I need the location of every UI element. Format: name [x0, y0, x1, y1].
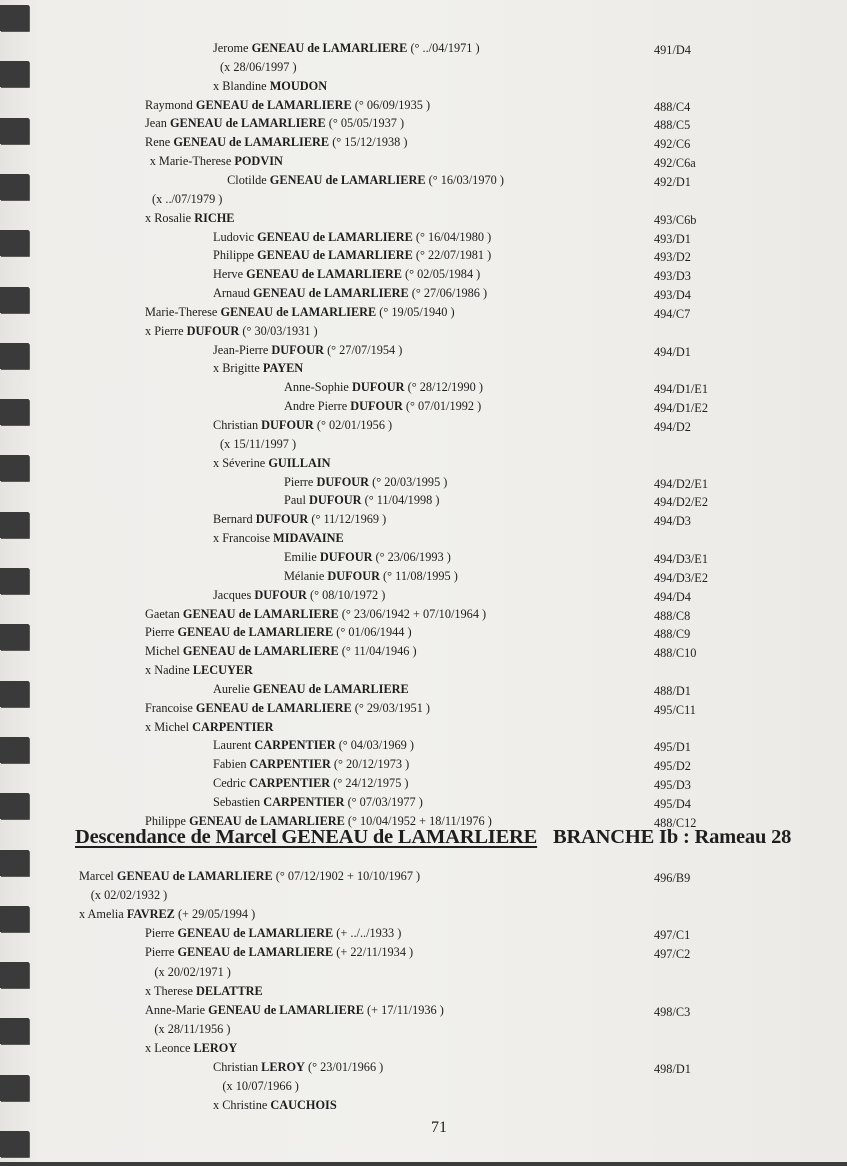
reference-code: 494/D2 — [654, 420, 691, 434]
surname: GENEAU de LAMARLIERE — [253, 682, 409, 696]
dates: (° 08/10/1972 ) — [307, 588, 385, 602]
given-name: x Brigitte — [213, 361, 263, 375]
list-item: x Marie-Therese PODVIN — [150, 154, 283, 168]
dates: (° 04/03/1969 ) — [336, 738, 414, 752]
list-item: x Séverine GUILLAIN — [213, 456, 331, 470]
given-name: Francoise — [145, 701, 196, 715]
dates: (° 29/03/1951 ) — [352, 701, 430, 715]
binding-hole — [0, 5, 29, 31]
dates: (° 27/07/1954 ) — [324, 343, 402, 357]
given-name: x Marie-Therese — [150, 154, 235, 168]
surname: GENEAU de LAMARLIERE — [177, 945, 333, 959]
given-name: Paul — [284, 493, 309, 507]
given-name: Pierre — [145, 926, 177, 940]
given-name: Laurent — [213, 738, 254, 752]
given-name: x Leonce — [145, 1041, 193, 1055]
dates: (° 07/03/1977 ) — [345, 795, 423, 809]
reference-code: 498/C3 — [654, 1005, 690, 1019]
list-item: x Rosalie RICHE — [145, 211, 235, 225]
list-item: Paul DUFOUR (° 11/04/1998 ) — [284, 493, 439, 507]
given-name: Jacques — [213, 588, 254, 602]
given-name: Christian — [213, 1060, 261, 1074]
dates: (+ ../../1933 ) — [333, 926, 401, 940]
list-item: (x 02/02/1932 ) — [91, 888, 168, 902]
dates: (° 22/07/1981 ) — [413, 248, 491, 262]
reference-code: 493/D1 — [654, 232, 691, 246]
spiral-binding — [0, 0, 32, 1166]
surname: CARPENTIER — [192, 720, 273, 734]
dates: (° 23/01/1966 ) — [305, 1060, 383, 1074]
binding-hole — [0, 174, 29, 200]
dates: (° 16/04/1980 ) — [413, 230, 491, 244]
list-item: Marcel GENEAU de LAMARLIERE (° 07/12/190… — [79, 869, 420, 883]
dates: (x 15/11/1997 ) — [220, 437, 296, 451]
given-name: Fabien — [213, 757, 250, 771]
surname: GENEAU de LAMARLIERE — [117, 869, 273, 883]
binding-hole — [0, 287, 29, 313]
surname: PODVIN — [234, 154, 283, 168]
section-heading: Descendance de Marcel GENEAU de LAMARLIE… — [75, 826, 537, 849]
surname: PAYEN — [263, 361, 303, 375]
binding-hole — [0, 1075, 29, 1101]
surname: GENEAU de LAMARLIERE — [183, 644, 339, 658]
list-item: Christian LEROY (° 23/01/1966 ) — [213, 1060, 383, 1074]
given-name: Anne-Sophie — [284, 380, 352, 394]
given-name: x Amelia — [79, 907, 127, 921]
dates: (x ../07/1979 ) — [152, 192, 222, 206]
given-name: Christian — [213, 418, 261, 432]
given-name: Cedric — [213, 776, 249, 790]
dates: (° 24/12/1975 ) — [330, 776, 408, 790]
given-name: Ludovic — [213, 230, 257, 244]
surname: DUFOUR — [350, 399, 403, 413]
list-item: Philippe GENEAU de LAMARLIERE (° 22/07/1… — [213, 248, 491, 262]
list-item: (x 10/07/1966 ) — [222, 1079, 299, 1093]
list-item: Jean-Pierre DUFOUR (° 27/07/1954 ) — [213, 343, 402, 357]
list-item: Cedric CARPENTIER (° 24/12/1975 ) — [213, 776, 409, 790]
surname: DUFOUR — [316, 475, 369, 489]
list-item: x Amelia FAVREZ (+ 29/05/1994 ) — [79, 907, 255, 921]
reference-code: 492/C6a — [654, 156, 696, 170]
surname: CAUCHOIS — [270, 1098, 336, 1112]
surname: CARPENTIER — [249, 776, 330, 790]
surname: DELATTRE — [196, 984, 263, 998]
surname: DUFOUR — [256, 512, 309, 526]
list-item: Pierre DUFOUR (° 20/03/1995 ) — [284, 475, 447, 489]
dates: (+ 29/05/1994 ) — [175, 907, 255, 921]
list-item: Jerome GENEAU de LAMARLIERE (° ../04/197… — [213, 41, 480, 55]
surname: DUFOUR — [352, 380, 405, 394]
surname: GENEAU de LAMARLIERE — [196, 98, 352, 112]
given-name: Jean — [145, 116, 170, 130]
reference-code: 494/D1 — [654, 345, 691, 359]
surname: GUILLAIN — [268, 456, 330, 470]
reference-code: 488/C5 — [654, 118, 690, 132]
binding-hole — [0, 399, 29, 425]
dates: (° 27/06/1986 ) — [409, 286, 487, 300]
reference-code: 488/D1 — [654, 684, 691, 698]
list-item: Francoise GENEAU de LAMARLIERE (° 29/03/… — [145, 701, 430, 715]
list-item: Marie-Therese GENEAU de LAMARLIERE (° 19… — [145, 305, 455, 319]
reference-code: 488/C8 — [654, 609, 690, 623]
surname: GENEAU de LAMARLIERE — [177, 625, 333, 639]
surname: DUFOUR — [309, 493, 362, 507]
binding-hole — [0, 962, 29, 988]
list-item: (x 28/06/1997 ) — [220, 60, 297, 74]
given-name: Arnaud — [213, 286, 253, 300]
dates: (x 28/06/1997 ) — [220, 60, 297, 74]
list-item: x Christine CAUCHOIS — [213, 1098, 337, 1112]
dates: (x 10/07/1966 ) — [222, 1079, 299, 1093]
dates: (° 11/04/1998 ) — [362, 493, 440, 507]
surname: DUFOUR — [271, 343, 324, 357]
dates: (x 20/02/1971 ) — [154, 965, 231, 979]
list-item: Rene GENEAU de LAMARLIERE (° 15/12/1938 … — [145, 135, 407, 149]
list-item: Laurent CARPENTIER (° 04/03/1969 ) — [213, 738, 414, 752]
reference-code: 488/C9 — [654, 627, 690, 641]
surname: GENEAU de LAMARLIERE — [208, 1003, 364, 1017]
surname: GENEAU de LAMARLIERE — [220, 305, 376, 319]
list-item: Arnaud GENEAU de LAMARLIERE (° 27/06/198… — [213, 286, 487, 300]
list-item: Christian DUFOUR (° 02/01/1956 ) — [213, 418, 392, 432]
surname: MOUDON — [270, 79, 327, 93]
given-name: Mélanie — [284, 569, 327, 583]
dates: (° 01/06/1944 ) — [333, 625, 411, 639]
binding-hole — [0, 61, 29, 87]
list-item: Ludovic GENEAU de LAMARLIERE (° 16/04/19… — [213, 230, 491, 244]
given-name: Rene — [145, 135, 173, 149]
reference-code: 494/D3/E2 — [654, 571, 708, 585]
list-item: x Michel CARPENTIER — [145, 720, 273, 734]
reference-code: 488/C10 — [654, 646, 696, 660]
surname: DUFOUR — [320, 550, 373, 564]
reference-code: 494/D1/E2 — [654, 401, 708, 415]
given-name: Anne-Marie — [145, 1003, 208, 1017]
given-name: Gaetan — [145, 607, 183, 621]
reference-code: 495/D2 — [654, 759, 691, 773]
reference-code: 495/D1 — [654, 740, 691, 754]
dates: (+ 22/11/1934 ) — [333, 945, 413, 959]
list-item: Anne-Sophie DUFOUR (° 28/12/1990 ) — [284, 380, 483, 394]
scanned-page: Jerome GENEAU de LAMARLIERE (° ../04/197… — [0, 0, 847, 1166]
surname: GENEAU de LAMARLIERE — [257, 230, 413, 244]
reference-code: 495/D3 — [654, 778, 691, 792]
given-name: Pierre — [284, 475, 316, 489]
list-item: (x 28/11/1956 ) — [154, 1022, 230, 1036]
list-item: Clotilde GENEAU de LAMARLIERE (° 16/03/1… — [227, 173, 504, 187]
given-name: x Michel — [145, 720, 192, 734]
reference-code: 492/D1 — [654, 175, 691, 189]
given-name: Aurelie — [213, 682, 253, 696]
surname: CARPENTIER — [263, 795, 344, 809]
binding-hole — [0, 230, 29, 256]
list-item: x Blandine MOUDON — [213, 79, 327, 93]
binding-hole — [0, 1018, 29, 1044]
list-item: Herve GENEAU de LAMARLIERE (° 02/05/1984… — [213, 267, 480, 281]
list-item: Emilie DUFOUR (° 23/06/1993 ) — [284, 550, 451, 564]
list-item: Pierre GENEAU de LAMARLIERE (+ 22/11/193… — [145, 945, 413, 959]
surname: GENEAU de LAMARLIERE — [183, 607, 339, 621]
given-name: Jerome — [213, 41, 252, 55]
reference-code: 494/D3 — [654, 514, 691, 528]
given-name: x Nadine — [145, 663, 193, 677]
given-name: Raymond — [145, 98, 196, 112]
reference-code: 491/D4 — [654, 43, 691, 57]
reference-code: 488/C4 — [654, 100, 690, 114]
surname: GENEAU de LAMARLIERE — [173, 135, 329, 149]
surname: GENEAU de LAMARLIERE — [252, 41, 408, 55]
dates: (° 20/03/1995 ) — [369, 475, 447, 489]
dates: (° 20/12/1973 ) — [331, 757, 409, 771]
given-name: Philippe — [213, 248, 257, 262]
surname: GENEAU de LAMARLIERE — [177, 926, 333, 940]
list-item: Pierre GENEAU de LAMARLIERE (+ ../../193… — [145, 926, 401, 940]
list-item: Gaetan GENEAU de LAMARLIERE (° 23/06/194… — [145, 607, 486, 621]
binding-hole — [0, 118, 29, 144]
dates: (° 11/08/1995 ) — [380, 569, 458, 583]
reference-code: 494/D2/E1 — [654, 477, 708, 491]
surname: DUFOUR — [187, 324, 240, 338]
list-item: Michel GENEAU de LAMARLIERE (° 11/04/194… — [145, 644, 417, 658]
list-item: Andre Pierre DUFOUR (° 07/01/1992 ) — [284, 399, 481, 413]
reference-code: 493/C6b — [654, 213, 696, 227]
given-name: x Christine — [213, 1098, 270, 1112]
dates: (° 07/12/1902 + 10/10/1967 ) — [273, 869, 420, 883]
reference-code: 496/B9 — [654, 871, 690, 885]
dates: (x 02/02/1932 ) — [91, 888, 168, 902]
given-name: Jean-Pierre — [213, 343, 271, 357]
dates: (° 11/12/1969 ) — [308, 512, 386, 526]
reference-code: 495/D4 — [654, 797, 691, 811]
surname: GENEAU de LAMARLIERE — [253, 286, 409, 300]
surname: GENEAU de LAMARLIERE — [246, 267, 402, 281]
binding-hole — [0, 737, 29, 763]
given-name: x Rosalie — [145, 211, 194, 225]
dates: (° 16/03/1970 ) — [426, 173, 504, 187]
surname: LEROY — [193, 1041, 237, 1055]
given-name: Pierre — [145, 625, 177, 639]
surname: DUFOUR — [327, 569, 380, 583]
list-item: Jacques DUFOUR (° 08/10/1972 ) — [213, 588, 385, 602]
dates: (° 23/06/1942 + 07/10/1964 ) — [339, 607, 486, 621]
surname: GENEAU de LAMARLIERE — [196, 701, 352, 715]
list-item: Bernard DUFOUR (° 11/12/1969 ) — [213, 512, 386, 526]
dates: (° 02/01/1956 ) — [314, 418, 392, 432]
surname: DUFOUR — [254, 588, 307, 602]
list-item: Anne-Marie GENEAU de LAMARLIERE (+ 17/11… — [145, 1003, 444, 1017]
dates: (° 15/12/1938 ) — [329, 135, 407, 149]
dates: (° 28/12/1990 ) — [405, 380, 483, 394]
dates: (° 11/04/1946 ) — [339, 644, 417, 658]
reference-code: 497/C2 — [654, 947, 690, 961]
given-name: Marie-Therese — [145, 305, 220, 319]
list-item: x Francoise MIDAVAINE — [213, 531, 344, 545]
given-name: x Francoise — [213, 531, 273, 545]
given-name: x Blandine — [213, 79, 270, 93]
list-item: Mélanie DUFOUR (° 11/08/1995 ) — [284, 569, 458, 583]
given-name: x Pierre — [145, 324, 187, 338]
binding-hole — [0, 793, 29, 819]
dates: (° 19/05/1940 ) — [376, 305, 454, 319]
branch-label: BRANCHE Ib : Rameau 28 — [553, 826, 791, 849]
surname: CARPENTIER — [254, 738, 335, 752]
list-item: (x ../07/1979 ) — [152, 192, 222, 206]
dates: (° 06/09/1935 ) — [352, 98, 430, 112]
surname: GENEAU de LAMARLIERE — [257, 248, 413, 262]
reference-code: 493/D3 — [654, 269, 691, 283]
reference-code: 495/C11 — [654, 703, 696, 717]
reference-code: 493/D4 — [654, 288, 691, 302]
given-name: Andre Pierre — [284, 399, 350, 413]
list-item: x Pierre DUFOUR (° 30/03/1931 ) — [145, 324, 318, 338]
list-item: x Leonce LEROY — [145, 1041, 237, 1055]
binding-hole — [0, 850, 29, 876]
dates: (° 30/03/1931 ) — [239, 324, 317, 338]
reference-code: 493/D2 — [654, 250, 691, 264]
dates: (° ../04/1971 ) — [407, 41, 479, 55]
reference-code: 494/D3/E1 — [654, 552, 708, 566]
surname: DUFOUR — [261, 418, 314, 432]
page-edge — [0, 1162, 847, 1166]
surname: GENEAU de LAMARLIERE — [170, 116, 326, 130]
given-name: Sebastien — [213, 795, 263, 809]
binding-hole — [0, 512, 29, 538]
reference-code: 494/D4 — [654, 590, 691, 604]
dates: (° 05/05/1937 ) — [326, 116, 404, 130]
dates: (° 02/05/1984 ) — [402, 267, 480, 281]
binding-hole — [0, 343, 29, 369]
given-name: Bernard — [213, 512, 256, 526]
binding-hole — [0, 568, 29, 594]
list-item: (x 20/02/1971 ) — [154, 965, 231, 979]
binding-hole — [0, 455, 29, 481]
given-name: Emilie — [284, 550, 320, 564]
reference-code: 492/C6 — [654, 137, 690, 151]
given-name: Marcel — [79, 869, 117, 883]
list-item: (x 15/11/1997 ) — [220, 437, 296, 451]
binding-hole — [0, 624, 29, 650]
reference-code: 494/C7 — [654, 307, 690, 321]
list-item: x Brigitte PAYEN — [213, 361, 303, 375]
reference-code: 494/D1/E1 — [654, 382, 708, 396]
surname: GENEAU de LAMARLIERE — [270, 173, 426, 187]
given-name: Pierre — [145, 945, 177, 959]
list-item: Fabien CARPENTIER (° 20/12/1973 ) — [213, 757, 409, 771]
given-name: x Therese — [145, 984, 196, 998]
given-name: Clotilde — [227, 173, 270, 187]
surname: CARPENTIER — [250, 757, 331, 771]
dates: (x 28/11/1956 ) — [154, 1022, 230, 1036]
binding-hole — [0, 906, 29, 932]
binding-hole — [0, 681, 29, 707]
list-item: Sebastien CARPENTIER (° 07/03/1977 ) — [213, 795, 423, 809]
list-item: Aurelie GENEAU de LAMARLIERE — [213, 682, 409, 696]
list-item: x Therese DELATTRE — [145, 984, 263, 998]
given-name: x Séverine — [213, 456, 268, 470]
page-number: 71 — [431, 1119, 447, 1137]
given-name: Michel — [145, 644, 183, 658]
list-item: Raymond GENEAU de LAMARLIERE (° 06/09/19… — [145, 98, 430, 112]
list-item: Pierre GENEAU de LAMARLIERE (° 01/06/194… — [145, 625, 412, 639]
dates: (° 23/06/1993 ) — [372, 550, 450, 564]
given-name: Herve — [213, 267, 246, 281]
surname: FAVREZ — [127, 907, 175, 921]
reference-code: 497/C1 — [654, 928, 690, 942]
binding-hole — [0, 1131, 29, 1157]
dates: (° 07/01/1992 ) — [403, 399, 481, 413]
surname: LECUYER — [193, 663, 253, 677]
dates: (+ 17/11/1936 ) — [364, 1003, 444, 1017]
surname: RICHE — [194, 211, 234, 225]
reference-code: 498/D1 — [654, 1062, 691, 1076]
list-item: Jean GENEAU de LAMARLIERE (° 05/05/1937 … — [145, 116, 404, 130]
list-item: x Nadine LECUYER — [145, 663, 253, 677]
surname: MIDAVAINE — [273, 531, 344, 545]
reference-code: 494/D2/E2 — [654, 495, 708, 509]
surname: LEROY — [261, 1060, 305, 1074]
